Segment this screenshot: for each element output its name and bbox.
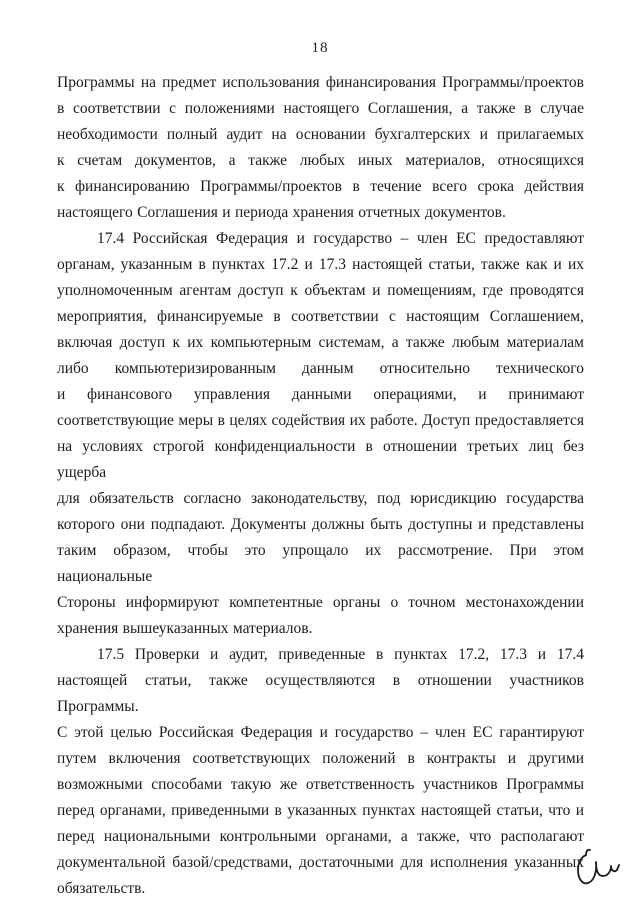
text-line: соответствующие меры в целях содействия … — [57, 408, 584, 434]
text-line: к финансированию Программы/проектов в те… — [57, 174, 584, 200]
document-body: Программы на предмет использования финан… — [57, 70, 584, 902]
text-line: С этой целью Российская Федерация и госу… — [57, 720, 584, 746]
text-line: настоящей статьи, также осуществляются в… — [57, 668, 584, 720]
text-line: обязательств. — [57, 876, 584, 902]
text-line: уполномоченным агентам доступ к объектам… — [57, 278, 584, 304]
document-page: 18 Программы на предмет использования фи… — [0, 0, 640, 905]
text-line: к счетам документов, а также любых иных … — [57, 148, 584, 174]
text-line: органам, указанным в пунктах 17.2 и 17.3… — [57, 252, 584, 278]
text-line: 17.5 Проверки и аудит, приведенные в пун… — [57, 642, 584, 668]
text-line: в соответствии с положениями настоящего … — [57, 96, 584, 122]
text-line: 17.4 Российская Федерация и государство … — [57, 226, 584, 252]
text-line: хранения вышеуказанных материалов. — [57, 616, 584, 642]
text-line: необходимости полный аудит на основании … — [57, 122, 584, 148]
text-line: либо компьютеризированным данным относит… — [57, 356, 584, 382]
text-line: на условиях строгой конфиденциальности в… — [57, 434, 584, 486]
text-line: включая доступ к их компьютерным система… — [57, 330, 584, 356]
text-line: Программы на предмет использования финан… — [57, 70, 584, 96]
text-line: документальной базой/средствами, достато… — [57, 850, 584, 876]
text-line: мероприятия, финансируемые в соответстви… — [57, 304, 584, 330]
text-line: таким образом, чтобы это упрощало их рас… — [57, 538, 584, 590]
text-line: которого они подпадают. Документы должны… — [57, 512, 584, 538]
text-line: путем включения соответствующих положени… — [57, 746, 584, 772]
text-line: настоящего Соглашения и периода хранения… — [57, 200, 584, 226]
page-number: 18 — [0, 40, 640, 57]
text-line: перед национальными контрольными органам… — [57, 824, 584, 850]
handwritten-initials-mark — [568, 845, 620, 893]
text-line: для обязательств согласно законодательст… — [57, 486, 584, 512]
text-line: возможными способами такую же ответствен… — [57, 772, 584, 798]
text-line: перед органами, приведенными в указанных… — [57, 798, 584, 824]
text-line: и финансового управления данными операци… — [57, 382, 584, 408]
text-line: Стороны информируют компетентные органы … — [57, 590, 584, 616]
